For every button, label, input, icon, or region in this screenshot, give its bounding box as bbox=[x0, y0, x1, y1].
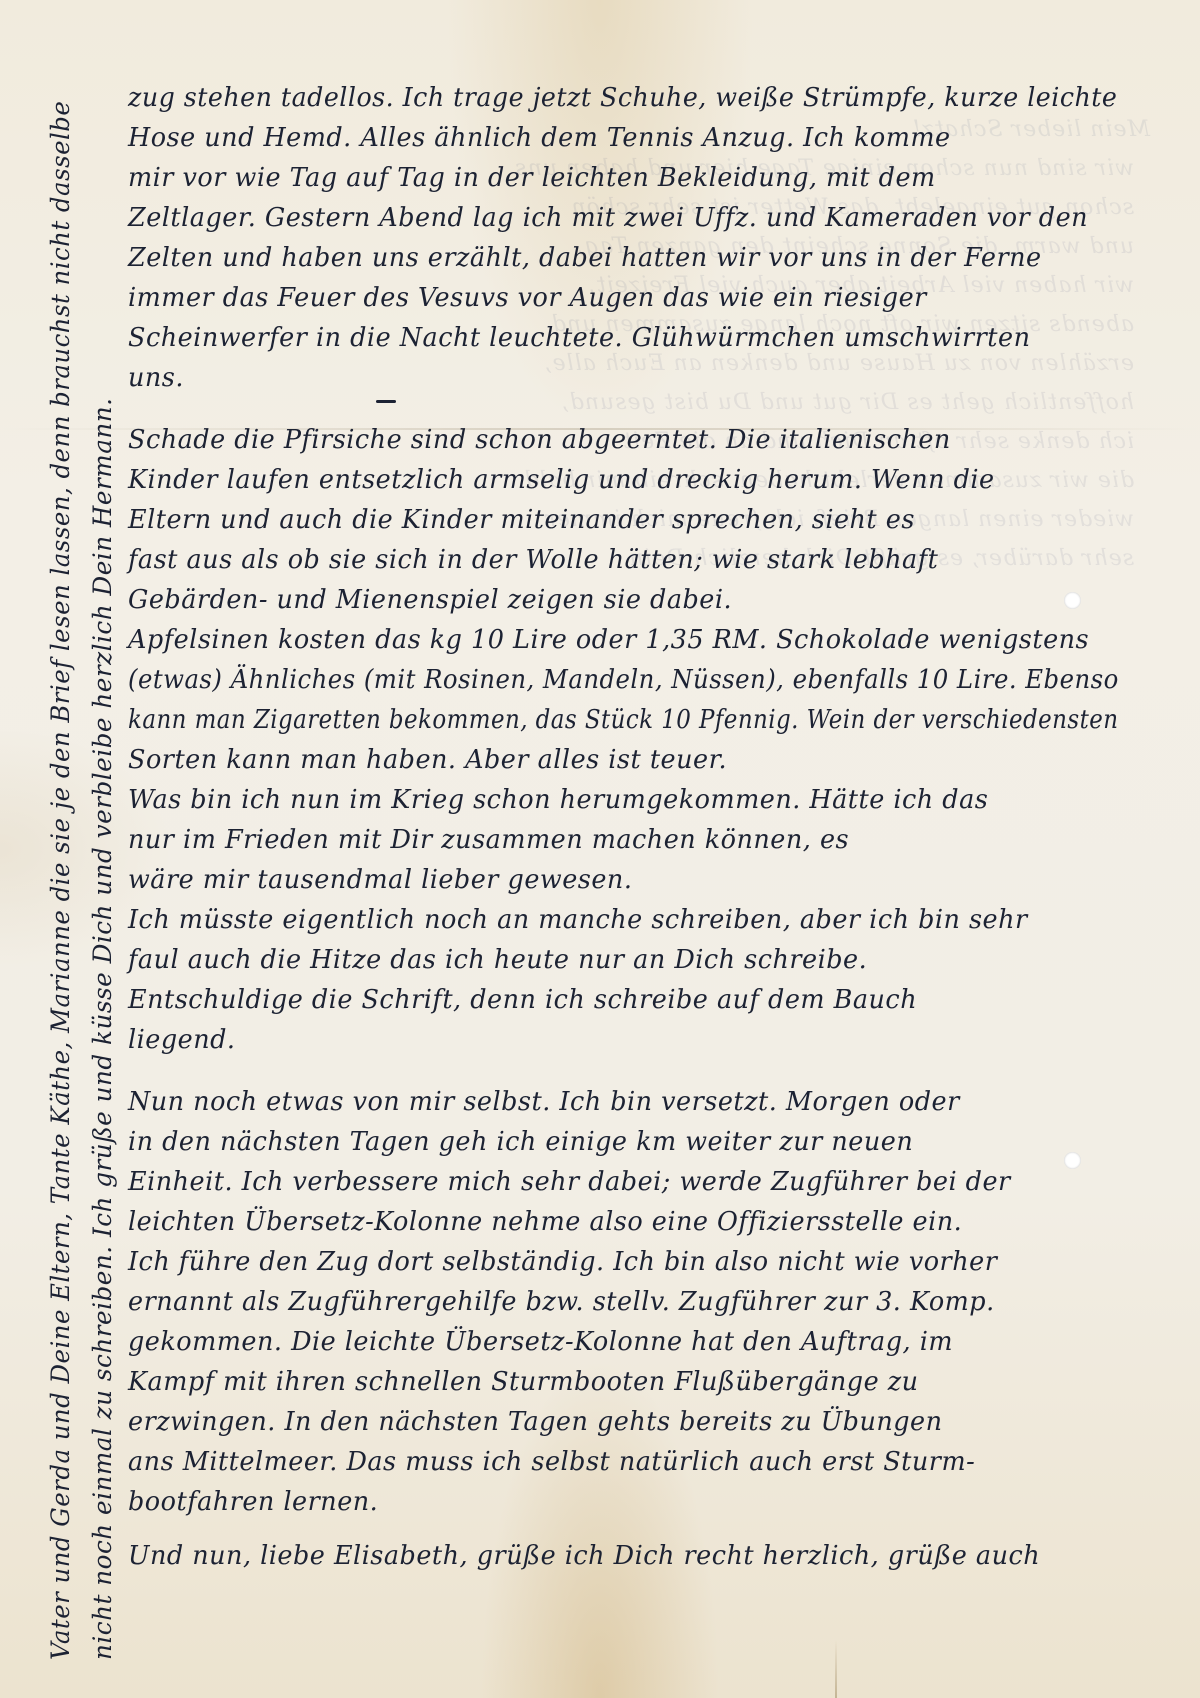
text-line: Eltern und auch die Kinder miteinander s… bbox=[128, 500, 1118, 540]
text-line: fast aus als ob sie sich in der Wolle hä… bbox=[128, 540, 1118, 580]
text-line: Gebärden- und Mienenspiel zeigen sie dab… bbox=[128, 580, 1118, 620]
text-line: Einheit. Ich verbessere mich sehr dabei;… bbox=[128, 1162, 1118, 1202]
text-line: nur im Frieden mit Dir zusammen machen k… bbox=[128, 820, 1118, 860]
paragraph: Apfelsinen kosten das kg 10 Lire oder 1,… bbox=[128, 620, 1138, 780]
text-line: Und nun, liebe Elisabeth, grüße ich Dich… bbox=[128, 1536, 1118, 1576]
letter-body: zug stehen tadellos. Ich trage jetzt Sch… bbox=[128, 78, 1138, 1576]
text-line: mir vor wie Tag auf Tag in der leichten … bbox=[128, 158, 1118, 198]
text-line: leichten Übersetz-Kolonne nehme also ein… bbox=[128, 1202, 1118, 1242]
text-line: gekommen. Die leichte Übersetz-Kolonne h… bbox=[128, 1322, 1118, 1362]
text-line: zug stehen tadellos. Ich trage jetzt Sch… bbox=[128, 78, 1111, 118]
text-line: in den nächsten Tagen geh ich einige km … bbox=[128, 1122, 1118, 1162]
text-line: Hose und Hemd. Alles ähnlich dem Tennis … bbox=[128, 118, 1118, 158]
paragraph: zug stehen tadellos. Ich trage jetzt Sch… bbox=[128, 78, 1138, 398]
paragraph: Ich müsste eigentlich noch an manche sch… bbox=[128, 900, 1138, 1060]
text-line: Was bin ich nun im Krieg schon herumgeko… bbox=[128, 780, 1118, 820]
text-line: bootfahren lernen. bbox=[128, 1482, 1118, 1522]
text-line: immer das Feuer des Vesuvs vor Augen das… bbox=[128, 278, 1118, 318]
paragraph: Nun noch etwas von mir selbst. Ich bin v… bbox=[128, 1082, 1138, 1522]
text-line: Zelten und haben uns erzählt, dabei hatt… bbox=[128, 238, 1118, 278]
text-line: kann man Zigaretten bekommen, das Stück … bbox=[128, 700, 1019, 740]
text-line: Scheinwerfer in die Nacht leuchtete. Glü… bbox=[128, 318, 1118, 358]
text-line: faul auch die Hitze das ich heute nur an… bbox=[128, 940, 1118, 980]
text-line: Zeltlager. Gestern Abend lag ich mit zwe… bbox=[128, 198, 1118, 238]
text-line: erzwingen. In den nächsten Tagen gehts b… bbox=[128, 1402, 1118, 1442]
letter-page: Mein lieber Schatz! wir sind nun schon e… bbox=[0, 0, 1200, 1698]
text-line: Ich müsste eigentlich noch an manche sch… bbox=[128, 900, 1118, 940]
margin-note-line: nicht noch einmal zu schreiben. Ich grüß… bbox=[82, 101, 124, 1660]
paper-fold-crease bbox=[835, 1640, 837, 1698]
text-line: liegend. bbox=[128, 1020, 1118, 1060]
text-line: Schade die Pfirsiche sind schon abgeernt… bbox=[128, 420, 1118, 460]
text-line: (etwas) Ähnliches (mit Rosinen, Mandeln,… bbox=[128, 660, 1074, 700]
paragraph-closing: Und nun, liebe Elisabeth, grüße ich Dich… bbox=[128, 1536, 1138, 1576]
text-line: Kampf mit ihren schnellen Sturmbooten Fl… bbox=[128, 1362, 1118, 1402]
text-line: Nun noch etwas von mir selbst. Ich bin v… bbox=[128, 1082, 1118, 1122]
text-line: Kinder laufen entsetzlich armselig und d… bbox=[128, 460, 1118, 500]
margin-note: Vater und Gerda und Deine Eltern, Tante … bbox=[40, 80, 130, 1660]
text-line: uns. bbox=[128, 358, 1118, 398]
text-line: Apfelsinen kosten das kg 10 Lire oder 1,… bbox=[128, 620, 1118, 660]
text-line: Entschuldige die Schrift, denn ich schre… bbox=[128, 980, 1118, 1020]
text-line: ans Mittelmeer. Das muss ich selbst natü… bbox=[128, 1442, 1118, 1482]
paragraph: Schade die Pfirsiche sind schon abgeernt… bbox=[128, 420, 1138, 620]
paragraph: Was bin ich nun im Krieg schon herumgeko… bbox=[128, 780, 1138, 900]
text-line: ernannt als Zugführergehilfe bzw. stellv… bbox=[128, 1282, 1118, 1322]
text-line: wäre mir tausendmal lieber gewesen. bbox=[128, 860, 1118, 900]
margin-note-line: Vater und Gerda und Deine Eltern, Tante … bbox=[40, 118, 82, 1660]
text-line: Sorten kann man haben. Aber alles ist te… bbox=[128, 740, 1118, 780]
text-line: Ich führe den Zug dort selbständig. Ich … bbox=[128, 1242, 1118, 1282]
